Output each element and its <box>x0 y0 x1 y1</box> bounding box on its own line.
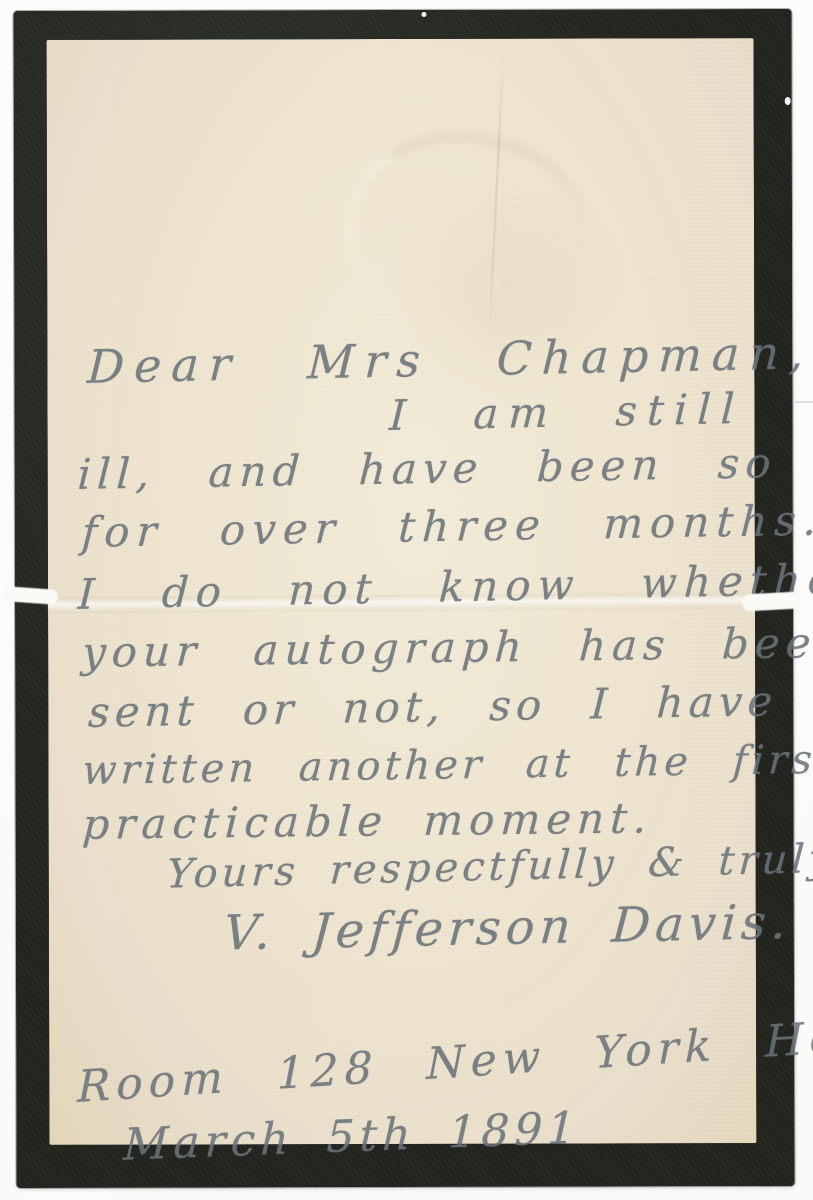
body-line: for over three months. <box>81 496 813 557</box>
fold-notch-left <box>4 586 59 605</box>
body-line: written another at the first <box>81 737 813 794</box>
salutation-line: Dear Mrs Chapman, <box>86 325 813 394</box>
mourning-border-card: Dear Mrs Chapman, I am still ill, and ha… <box>13 9 794 1188</box>
border-chip <box>785 97 791 105</box>
body-line: I do not know whether <box>77 554 813 619</box>
fold-notch-right <box>742 591 801 611</box>
scanner-artifact-line <box>793 401 813 403</box>
body-line: practicable moment. <box>81 793 654 849</box>
address-line: Room 128 New York Hotel <box>77 1007 813 1113</box>
scan-background: Dear Mrs Chapman, I am still ill, and ha… <box>0 0 813 1200</box>
body-line: your autograph has been <box>81 618 813 677</box>
body-line: sent or not, so I have <box>87 676 779 736</box>
date-line: March 5th 1891 <box>123 1103 582 1171</box>
signature-line: V. Jefferson Davis. <box>222 894 793 961</box>
letter-paper: Dear Mrs Chapman, I am still ill, and ha… <box>47 38 757 1145</box>
border-chip <box>421 12 426 17</box>
body-line: I am still <box>388 384 745 440</box>
body-line: ill, and have been so <box>76 438 778 499</box>
